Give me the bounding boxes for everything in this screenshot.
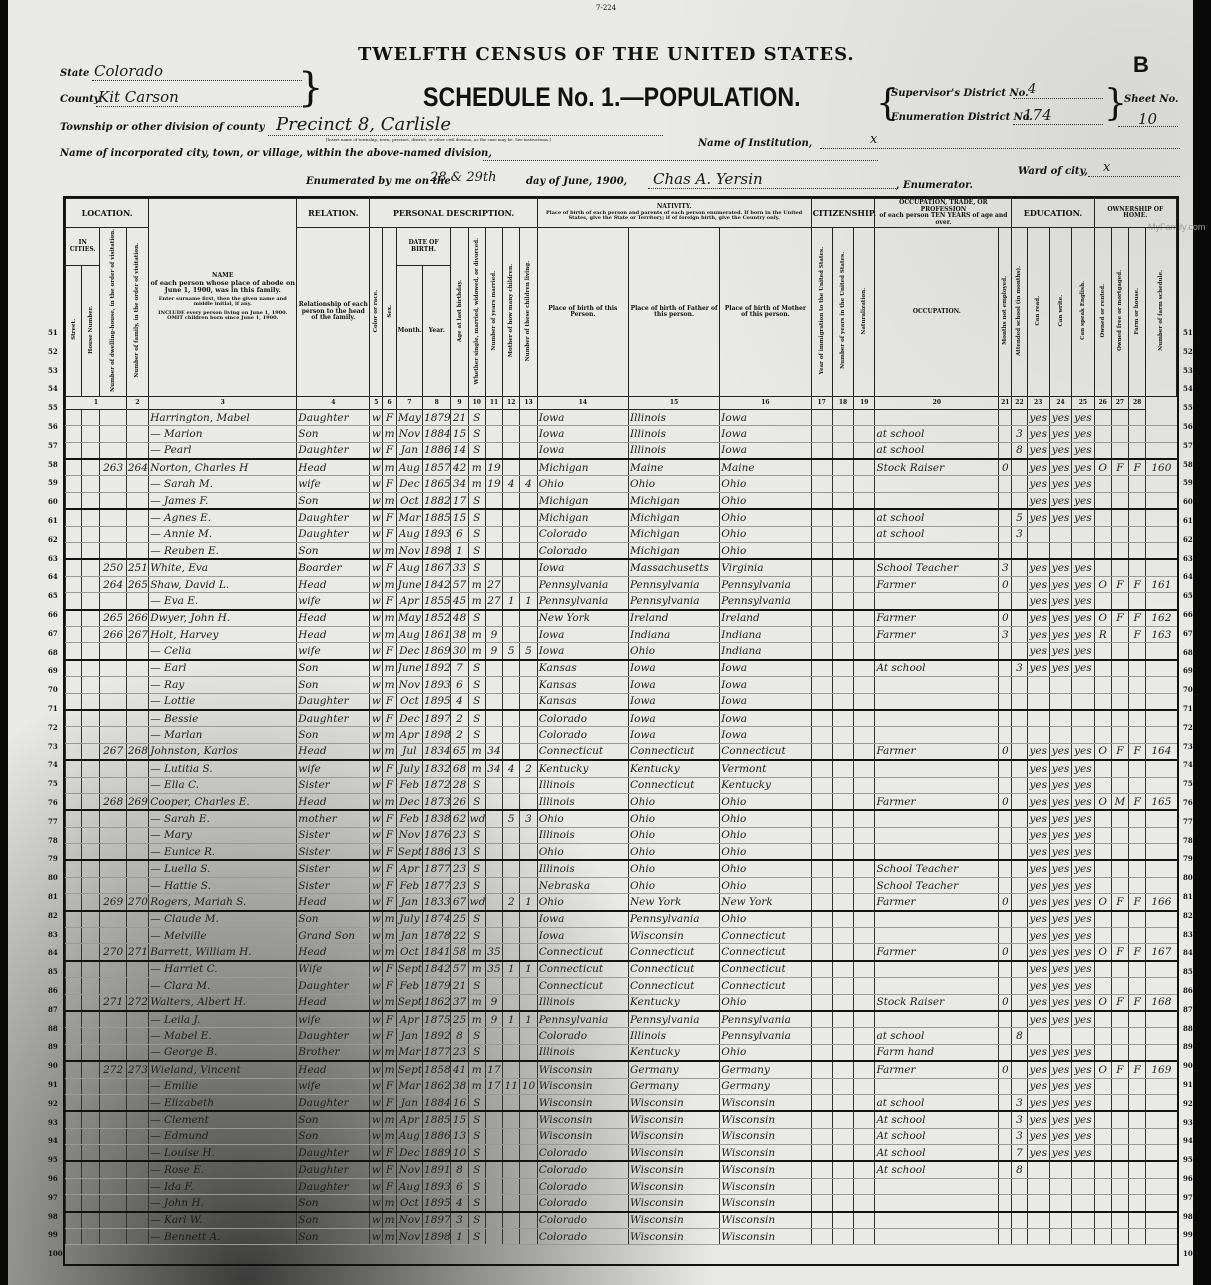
cell-rd (1027, 1212, 1049, 1229)
cell-empty (854, 526, 875, 542)
cell-name: — Ray (149, 677, 297, 693)
cell-rd: yes (1027, 1011, 1049, 1028)
cell-ms: m (468, 944, 485, 961)
cell-occ: At school (875, 1161, 999, 1178)
cell-en: yes (1072, 1011, 1094, 1028)
cell-mo: Nov (396, 677, 422, 693)
cell-col: w (370, 978, 383, 994)
cell-age: 8 (451, 1161, 468, 1178)
cell-mu (999, 677, 1012, 693)
line-number: 90 (48, 1061, 58, 1070)
cell-rd: yes (1027, 1145, 1049, 1162)
cell-own (1094, 593, 1111, 610)
column-number: 1 (66, 396, 127, 409)
cell-rel: wife (297, 1011, 370, 1028)
cell-fh (1129, 409, 1146, 425)
cell-en: yes (1072, 559, 1094, 576)
census-row: — Lutitia S.wifewFJuly183268m3442Kentuck… (66, 760, 1177, 777)
cell-mo: Aug (396, 1128, 422, 1144)
cell-sex: m (383, 677, 396, 693)
cell-moc (503, 743, 520, 760)
cell-empty (811, 1061, 832, 1078)
cell-empty (66, 1078, 82, 1094)
line-number: 82 (48, 911, 58, 920)
cell-fh (1129, 1128, 1146, 1144)
supervisor-line (1013, 98, 1103, 99)
cell-en: yes (1072, 576, 1094, 592)
cell-fh (1129, 492, 1146, 509)
cell-rel: Daughter (297, 710, 370, 727)
cell-empty (811, 760, 832, 777)
cell-moc (503, 1178, 520, 1194)
cell-wr (1049, 1195, 1071, 1212)
cell-bf: Kentucky (628, 1044, 719, 1061)
cell-empty (811, 643, 832, 660)
line-number: 91 (48, 1080, 58, 1089)
cell-empty (82, 928, 100, 944)
cell-ym: 17 (485, 1078, 502, 1094)
cell-fm (1111, 492, 1128, 509)
cell-rd: yes (1027, 660, 1049, 677)
cell-own (1094, 1044, 1111, 1061)
cell-rel: Son (297, 660, 370, 677)
cell-ms: m (468, 643, 485, 660)
cell-empty (811, 860, 832, 877)
cell-ym (485, 509, 502, 526)
cell-wr: yes (1049, 1044, 1071, 1061)
cell-sch (1012, 860, 1027, 877)
cell-sch (1012, 961, 1027, 978)
cell-ms: m (468, 1061, 485, 1078)
census-row: — MarySisterwFNov187623SIllinoisOhioOhio… (66, 827, 1177, 843)
cell-age: 2 (451, 710, 468, 727)
cell-empty (66, 894, 82, 911)
cell-en: yes (1072, 810, 1094, 827)
cell-own (1094, 978, 1111, 994)
cell-bm: Wisconsin (720, 1145, 811, 1162)
cell-empty (82, 978, 100, 994)
cell-dw (100, 593, 126, 610)
cell-occ (875, 543, 999, 560)
line-number: 96 (48, 1174, 58, 1183)
cell-name: — Ida F. (149, 1178, 297, 1194)
cell-empty (82, 476, 100, 492)
cell-dw (100, 1128, 126, 1144)
cell-fs (1146, 760, 1177, 777)
cell-empty (832, 810, 853, 827)
cell-empty (811, 710, 832, 727)
cell-fs (1146, 860, 1177, 877)
cell-fam (126, 543, 148, 560)
cell-wr (1049, 693, 1071, 710)
sheet-label: Sheet No. (1124, 94, 1178, 105)
cell-fam (126, 961, 148, 978)
column-number: 7 (396, 396, 422, 409)
cell-sch (1012, 693, 1027, 710)
cell-ym (485, 1195, 502, 1212)
cell-fam: 251 (126, 559, 148, 576)
cell-age: 13 (451, 1128, 468, 1144)
cell-name: — Annie M. (149, 526, 297, 542)
cell-fh: F (1129, 576, 1146, 592)
cell-cl (520, 1061, 537, 1078)
cell-mu (999, 844, 1012, 861)
line-number: 95 (1183, 1155, 1193, 1164)
census-row: — Sarah E.motherwFFeb183862wd53OhioOhioO… (66, 810, 1177, 827)
cell-sex: m (383, 1128, 396, 1144)
cell-moc (503, 1128, 520, 1144)
cell-cl (520, 1229, 537, 1245)
census-row: — MarlanSonwmApr18982SColoradoIowaIowa (66, 727, 1177, 743)
cell-en (1072, 1178, 1094, 1194)
cell-sch (1012, 643, 1027, 660)
cell-en: yes (1072, 894, 1094, 911)
column-number: 27 (1111, 396, 1128, 409)
cell-name: — George B. (149, 1044, 297, 1061)
cell-empty (82, 1061, 100, 1078)
cell-moc (503, 710, 520, 727)
line-number: 66 (1183, 610, 1193, 619)
cell-en: yes (1072, 492, 1094, 509)
months-unemployed-header: Months not employed. (999, 228, 1012, 397)
cell-yr: 1893 (423, 677, 451, 693)
cell-mo: Dec (396, 643, 422, 660)
cell-mu: 0 (999, 944, 1012, 961)
cell-ym: 34 (485, 760, 502, 777)
cell-mu (999, 693, 1012, 710)
cell-empty (82, 593, 100, 610)
cell-rel: Son (297, 1195, 370, 1212)
cell-yr: 1841 (423, 944, 451, 961)
cell-yr: 1885 (423, 509, 451, 526)
cell-sex: F (383, 476, 396, 492)
cell-occ: Stock Raiser (875, 994, 999, 1011)
cell-empty (854, 1011, 875, 1028)
cell-yr: 1886 (423, 844, 451, 861)
cell-fs (1146, 1145, 1177, 1162)
cell-bf: Iowa (628, 710, 719, 727)
cell-ym (485, 860, 502, 877)
cell-age: 25 (451, 911, 468, 928)
cell-ym (485, 827, 502, 843)
cell-empty (854, 894, 875, 911)
cell-fam: 265 (126, 576, 148, 592)
cell-fh: F (1129, 944, 1146, 961)
cell-wr: yes (1049, 793, 1071, 810)
cell-bp: Colorado (537, 727, 628, 743)
cell-bp: Ohio (537, 476, 628, 492)
cell-sch (1012, 793, 1027, 810)
cell-ym: 9 (485, 643, 502, 660)
cell-fam (126, 1212, 148, 1229)
cell-occ: at school (875, 526, 999, 542)
cell-fs (1146, 643, 1177, 660)
cell-rel: Daughter (297, 442, 370, 459)
line-number: 60 (1183, 497, 1193, 506)
cell-fam (126, 1195, 148, 1212)
cell-mu: 3 (999, 559, 1012, 576)
line-number: 54 (48, 384, 58, 393)
cell-empty (811, 626, 832, 642)
cell-empty (82, 626, 100, 642)
cell-fs (1146, 1195, 1177, 1212)
cell-mo: Feb (396, 777, 422, 793)
cell-empty (82, 1094, 100, 1111)
cell-col: w (370, 1094, 383, 1111)
cell-empty (82, 894, 100, 911)
naturalization-header: Naturalization. (854, 228, 875, 397)
cell-sex: F (383, 777, 396, 793)
cell-name: — Mabel E. (149, 1028, 297, 1044)
census-row: — PearlDaughterwFJan188614SIowaIllinoisI… (66, 442, 1177, 459)
cell-moc (503, 576, 520, 592)
cell-rel: wife (297, 593, 370, 610)
cell-yr: 1893 (423, 526, 451, 542)
cell-mu (999, 660, 1012, 677)
cell-empty (66, 426, 82, 442)
township-label: Township or other division of county (60, 122, 265, 133)
cell-empty (854, 760, 875, 777)
cell-empty (811, 793, 832, 810)
cell-fh (1129, 911, 1146, 928)
cell-ms: S (468, 660, 485, 677)
cell-ms: S (468, 526, 485, 542)
cell-col: w (370, 844, 383, 861)
census-row: — Claude M.SonwmJuly187425SIowaPennsylva… (66, 911, 1177, 928)
cell-empty (66, 677, 82, 693)
cell-own (1094, 509, 1111, 526)
cell-moc: 11 (503, 1078, 520, 1094)
cell-wr: yes (1049, 743, 1071, 760)
cell-moc (503, 442, 520, 459)
census-row: — Louise H.DaughterwFDec188910SColoradoW… (66, 1145, 1177, 1162)
cell-ym (485, 727, 502, 743)
census-row: — EdmundSonwmAug188613SWisconsinWisconsi… (66, 1128, 1177, 1144)
cell-empty (832, 777, 853, 793)
cell-empty (832, 492, 853, 509)
cell-rel: Sister (297, 844, 370, 861)
cell-name: — Elizabeth (149, 1094, 297, 1111)
cell-sch (1012, 1011, 1027, 1028)
cell-empty (832, 928, 853, 944)
cell-cl (520, 543, 537, 560)
cell-col: w (370, 643, 383, 660)
cell-own: O (1094, 576, 1111, 592)
cell-bp: Connecticut (537, 743, 628, 760)
cell-dw (100, 860, 126, 877)
cell-fs: 165 (1146, 793, 1177, 810)
cell-empty (811, 426, 832, 442)
cell-fh: F (1129, 1061, 1146, 1078)
cell-yr: 1895 (423, 693, 451, 710)
cell-sex: m (383, 911, 396, 928)
cell-yr: 1842 (423, 576, 451, 592)
cell-ms: S (468, 677, 485, 693)
cell-fam (126, 677, 148, 693)
cell-en: yes (1072, 827, 1094, 843)
cell-col: w (370, 576, 383, 592)
cell-name: — Eva E. (149, 593, 297, 610)
cell-mu: 0 (999, 610, 1012, 627)
cell-empty (82, 643, 100, 660)
cell-sch (1012, 610, 1027, 627)
cell-bp: Wisconsin (537, 1128, 628, 1144)
cell-ym (485, 928, 502, 944)
sex-header: Sex. (383, 228, 396, 397)
cell-ym: 9 (485, 994, 502, 1011)
cell-fh (1129, 1195, 1146, 1212)
nativity-header: NATIVITY. Place of birth of each person … (537, 199, 811, 228)
cell-cl (520, 526, 537, 542)
cell-bm: Ireland (720, 610, 811, 627)
cell-sch: 3 (1012, 426, 1027, 442)
column-number: 23 (1027, 396, 1049, 409)
cell-yr: 1898 (423, 543, 451, 560)
cell-dw: 267 (100, 743, 126, 760)
cell-en: yes (1072, 1128, 1094, 1144)
cell-occ: at school (875, 1094, 999, 1111)
cell-empty (811, 827, 832, 843)
cell-mo: Aug (396, 526, 422, 542)
cell-empty (832, 660, 853, 677)
cell-fs (1146, 1161, 1177, 1178)
cell-cl (520, 426, 537, 442)
cell-rel: Son (297, 1128, 370, 1144)
cell-occ: Farm hand (875, 1044, 999, 1061)
cell-age: 3 (451, 1212, 468, 1229)
free-mortgaged-header: Owned free or mortgaged. (1111, 228, 1128, 397)
column-number: 14 (537, 396, 628, 409)
cell-yr: 1895 (423, 1195, 451, 1212)
cell-empty (854, 810, 875, 827)
cell-empty (811, 994, 832, 1011)
cell-sex: m (383, 1229, 396, 1245)
cell-name: — Sarah M. (149, 476, 297, 492)
cell-empty (832, 1061, 853, 1078)
cell-rel: Daughter (297, 1028, 370, 1044)
cell-sex: m (383, 576, 396, 592)
census-row: — John H.SonwmOct18954SColoradoWisconsin… (66, 1195, 1177, 1212)
cell-occ (875, 1229, 999, 1245)
line-number: 79 (1183, 854, 1193, 863)
cell-bm: Iowa (720, 727, 811, 743)
cell-fam (126, 1044, 148, 1061)
cell-bm: Ohio (720, 844, 811, 861)
cell-mu (999, 543, 1012, 560)
cell-occ: Farmer (875, 793, 999, 810)
cell-moc (503, 610, 520, 627)
cell-moc (503, 978, 520, 994)
cell-fm (1111, 928, 1128, 944)
census-row: — Sarah M.wifewFDec186534m1944OhioOhioOh… (66, 476, 1177, 492)
cell-mu (999, 509, 1012, 526)
line-number: 59 (1183, 478, 1193, 487)
cell-ms: m (468, 626, 485, 642)
cell-occ: Farmer (875, 576, 999, 592)
cell-fh (1129, 660, 1146, 677)
attended-school-header: Attended school (in months). (1012, 228, 1027, 397)
cell-moc (503, 877, 520, 893)
enumerated-prefix: Enumerated by me on the (306, 176, 451, 187)
cell-mu (999, 1011, 1012, 1028)
cell-ms: S (468, 844, 485, 861)
cell-rd (1027, 1028, 1049, 1044)
cell-bf: Connecticut (628, 777, 719, 793)
cell-ms: m (468, 1011, 485, 1028)
cell-occ (875, 643, 999, 660)
cell-empty (854, 777, 875, 793)
cell-rd: yes (1027, 827, 1049, 843)
line-number: 67 (48, 629, 58, 638)
cell-cl: 1 (520, 593, 537, 610)
cell-own (1094, 827, 1111, 843)
cell-empty (82, 994, 100, 1011)
cell-ms: S (468, 827, 485, 843)
cell-fam: 267 (126, 626, 148, 642)
cell-yr: 1882 (423, 492, 451, 509)
cell-age: 23 (451, 860, 468, 877)
cell-rel: Head (297, 743, 370, 760)
cell-moc (503, 860, 520, 877)
township-value: Precinct 8, Carlisle (276, 114, 451, 135)
cell-mo: June (396, 660, 422, 677)
cell-en: yes (1072, 944, 1094, 961)
cell-empty (66, 928, 82, 944)
cell-fm: F (1111, 743, 1128, 760)
line-number: 55 (48, 403, 58, 412)
cell-empty (66, 1094, 82, 1111)
cell-yr: 1892 (423, 660, 451, 677)
cell-col: w (370, 1044, 383, 1061)
cell-empty (811, 1212, 832, 1229)
cell-wr: yes (1049, 509, 1071, 526)
cell-rel: Daughter (297, 509, 370, 526)
census-row: — Reuben E.SonwmNov18981SColoradoMichiga… (66, 543, 1177, 560)
cell-en (1072, 1161, 1094, 1178)
cell-rd: yes (1027, 944, 1049, 961)
cell-cl (520, 1195, 537, 1212)
cell-mu (999, 442, 1012, 459)
cell-own (1094, 844, 1111, 861)
line-number: 97 (48, 1193, 58, 1202)
cell-cl (520, 844, 537, 861)
cell-bp: Iowa (537, 442, 628, 459)
cell-dw: 265 (100, 610, 126, 627)
cell-name: Rogers, Mariah S. (149, 894, 297, 911)
cell-empty (82, 1229, 100, 1245)
cell-dw: 264 (100, 576, 126, 592)
enumerator-name: Chas A. Yersin (653, 170, 763, 188)
cell-sex: F (383, 1094, 396, 1111)
cell-sch (1012, 1078, 1027, 1094)
cell-mu (999, 1044, 1012, 1061)
cell-own: O (1094, 793, 1111, 810)
cell-cl (520, 492, 537, 509)
line-number: 92 (1183, 1099, 1193, 1108)
cell-cl: 1 (520, 1011, 537, 1028)
census-row: 267268Johnston, KarlosHeadwmJul183465m34… (66, 743, 1177, 760)
cell-fam (126, 476, 148, 492)
cell-empty (854, 492, 875, 509)
cell-fh (1129, 1145, 1146, 1162)
cell-own (1094, 677, 1111, 693)
cell-en (1072, 710, 1094, 727)
cell-empty (82, 793, 100, 810)
cell-cl (520, 1094, 537, 1111)
cell-empty (66, 476, 82, 492)
cell-ym (485, 1044, 502, 1061)
cell-empty (66, 1028, 82, 1044)
